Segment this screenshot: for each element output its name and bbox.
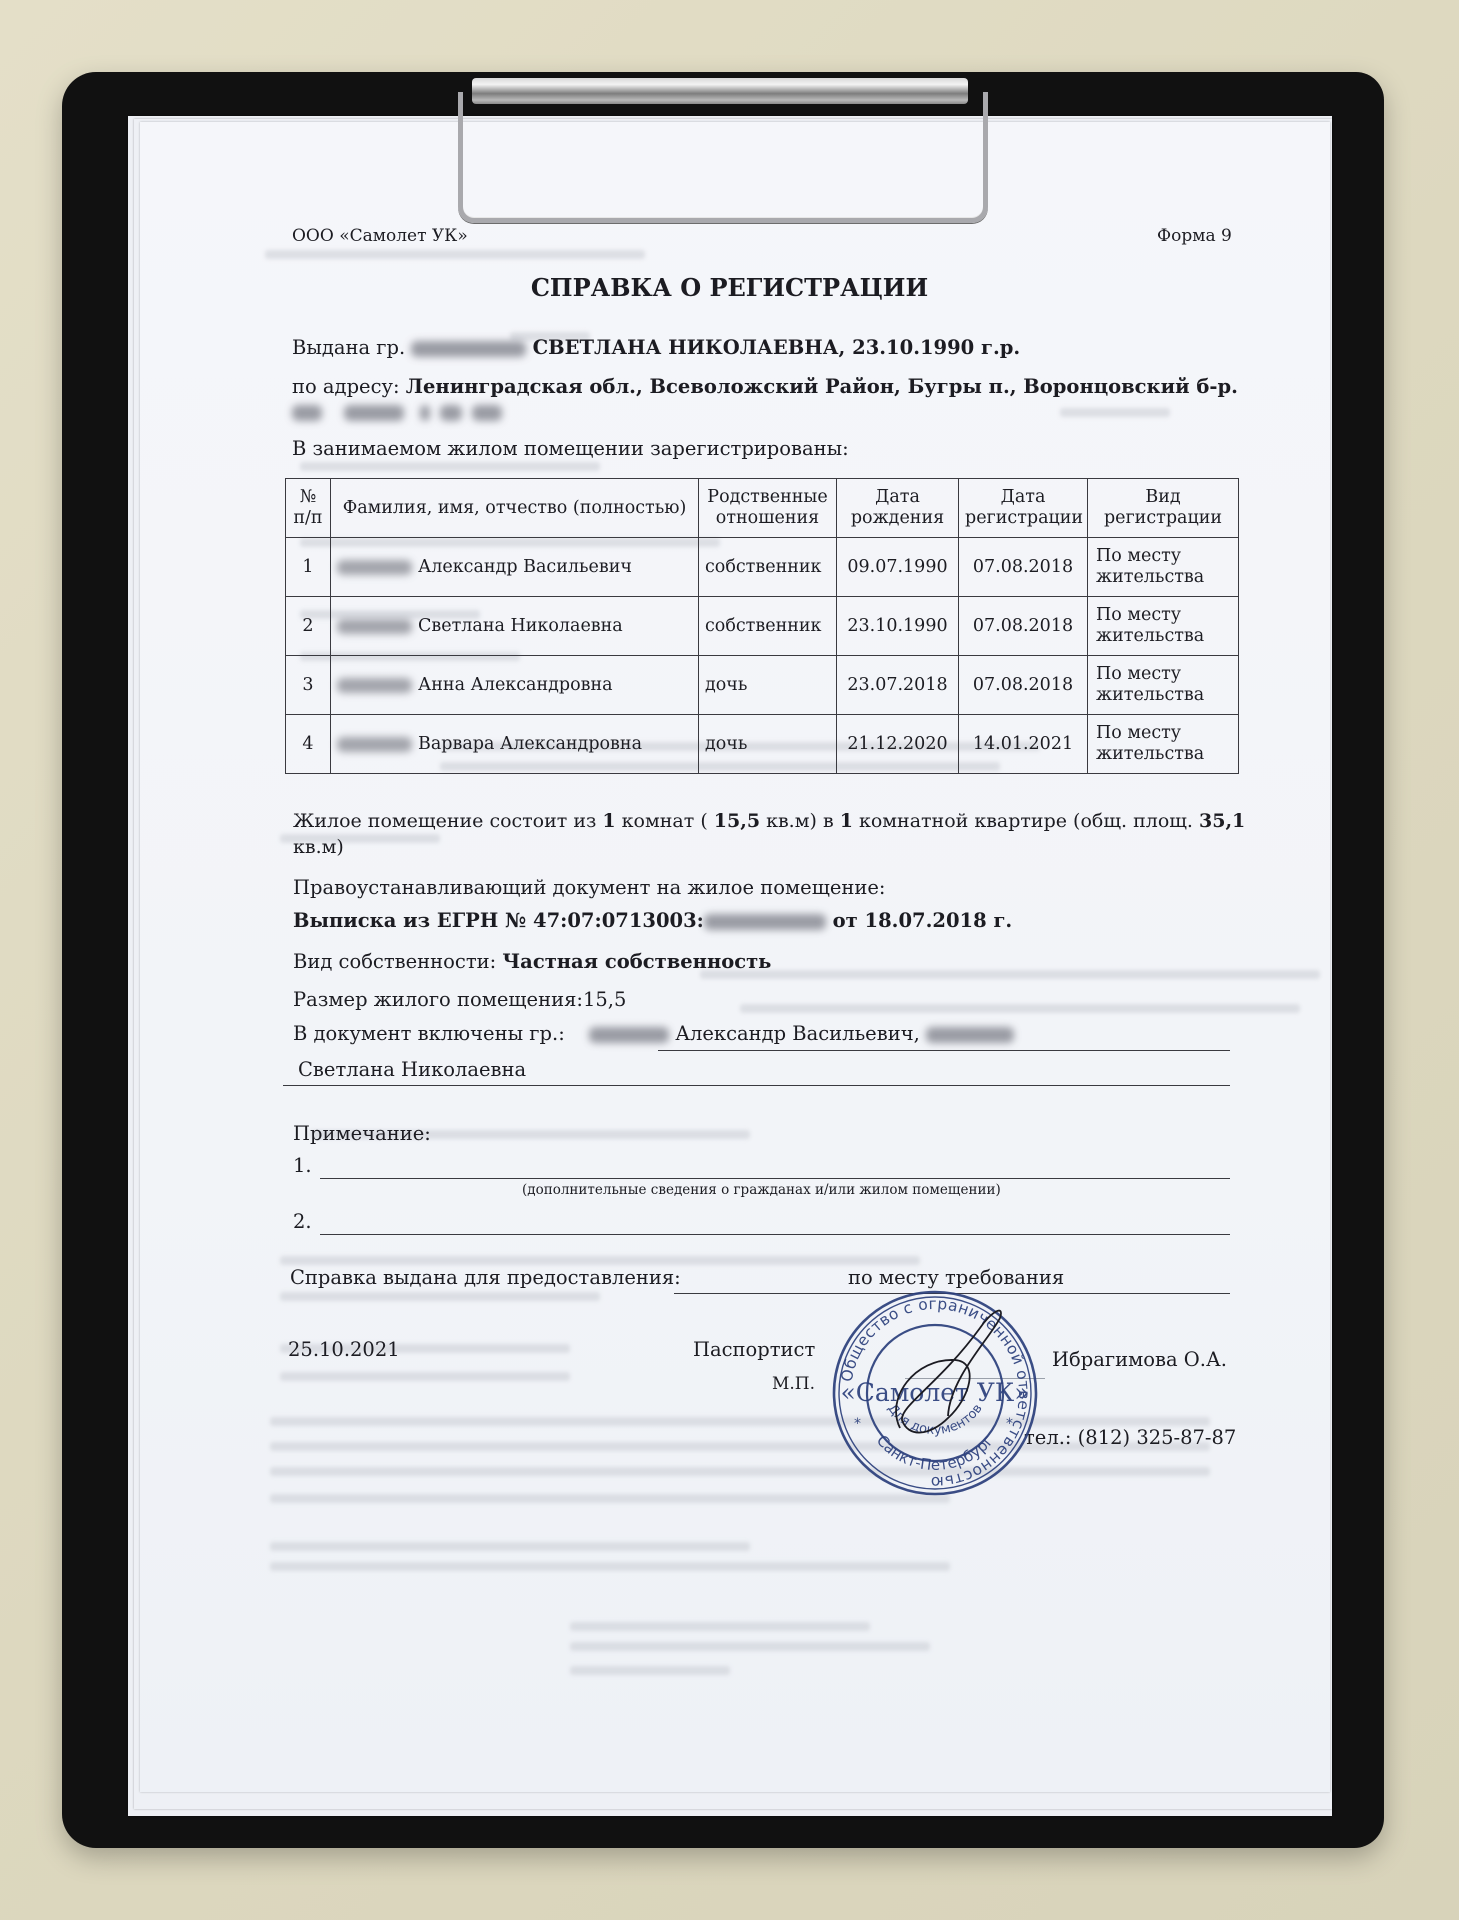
redacted-surname bbox=[411, 341, 526, 357]
address-label: по адресу: bbox=[292, 375, 400, 398]
row-reg-type: По месту жительства bbox=[1088, 656, 1239, 715]
row-birth-date: 09.07.1990 bbox=[837, 538, 959, 597]
redacted-cadastral bbox=[704, 914, 826, 930]
col-header-reg-date: Дата регистрации bbox=[959, 479, 1088, 538]
title-doc-label: Правоустанавливающий документ на жилое п… bbox=[293, 878, 885, 898]
row-reg-date: 14.01.2021 bbox=[959, 715, 1088, 774]
col-header-birth-date: Дата рождения bbox=[837, 479, 959, 538]
row-number: 1 bbox=[286, 538, 331, 597]
row-reg-date: 07.08.2018 bbox=[959, 597, 1088, 656]
clip-wire-loop bbox=[458, 92, 988, 223]
row-birth-date: 21.12.2020 bbox=[837, 715, 959, 774]
total-area: 35,1 bbox=[1199, 810, 1245, 832]
row-relation: дочь bbox=[699, 715, 837, 774]
notes-label: Примечание: bbox=[293, 1124, 431, 1144]
signer-name: Ибрагимова О.А. bbox=[1052, 1350, 1227, 1370]
ownership-label: Вид собственности: bbox=[293, 950, 502, 973]
stamp-center-text: «Самолет УК» bbox=[841, 1378, 1030, 1407]
note-1-number: 1. bbox=[293, 1156, 312, 1176]
redacted-surname bbox=[926, 1027, 1014, 1043]
col-header-reg-type: Вид регистрации bbox=[1088, 479, 1239, 538]
row-number: 3 bbox=[286, 656, 331, 715]
col-header-relation: Родственные отношения bbox=[699, 479, 837, 538]
table-row: 4 Варвара Александровна дочь 21.12.2020 … bbox=[286, 715, 1239, 774]
row-number: 4 bbox=[286, 715, 331, 774]
included-underline-2 bbox=[283, 1085, 1230, 1086]
seal-place-label: М.П. bbox=[772, 1376, 815, 1393]
clip-bar bbox=[472, 78, 968, 104]
table-row: 1 Александр Васильевич собственник 09.07… bbox=[286, 538, 1239, 597]
address-line: по адресу: Ленинградская обл., Всеволожс… bbox=[292, 377, 1238, 397]
ownership-line: Вид собственности: Частная собственность bbox=[293, 952, 771, 972]
phone-number: тел.: (812) 325-87-87 bbox=[1024, 1428, 1236, 1448]
living-size: Размер жилого помещения:15,5 bbox=[293, 990, 626, 1010]
row-name: Светлана Николаевна bbox=[418, 616, 623, 636]
registered-heading: В занимаемом жилом помещении зарегистрир… bbox=[292, 439, 849, 459]
row-birth-date: 23.10.1990 bbox=[837, 597, 959, 656]
table-row: 2 Светлана Николаевна собственник 23.10.… bbox=[286, 597, 1239, 656]
org-name: ООО «Самолет УК» bbox=[292, 228, 468, 245]
premises-unit: кв.м) bbox=[293, 838, 344, 857]
row-fullname: Светлана Николаевна bbox=[331, 597, 699, 656]
row-relation: собственник bbox=[699, 538, 837, 597]
redacted-address bbox=[292, 402, 502, 421]
title-doc-number: Выписка из ЕГРН № 47:07:0713003: bbox=[293, 909, 704, 932]
redacted-surname bbox=[589, 1027, 669, 1043]
row-reg-type: По месту жительства bbox=[1088, 538, 1239, 597]
premises-text: комнатной квартире (общ. площ. bbox=[853, 810, 1199, 832]
row-fullname: Варвара Александровна bbox=[331, 715, 699, 774]
row-fullname: Александр Васильевич bbox=[331, 538, 699, 597]
address-value: Ленинградская обл., Всеволожский Район, … bbox=[406, 375, 1238, 398]
row-reg-date: 07.08.2018 bbox=[959, 656, 1088, 715]
rooms-count: 1 bbox=[602, 810, 615, 832]
row-name: Варвара Александровна bbox=[418, 734, 642, 754]
row-birth-date: 23.07.2018 bbox=[837, 656, 959, 715]
issued-to-line: Выдана гр. СВЕТЛАНА НИКОЛАЕВНА, 23.10.19… bbox=[292, 338, 1020, 358]
row-fullname: Анна Александровна bbox=[331, 656, 699, 715]
note-caption: (дополнительные сведения о гражданах и/и… bbox=[522, 1184, 1001, 1198]
row-name: Александр Васильевич bbox=[418, 557, 632, 577]
ownership-value: Частная собственность bbox=[502, 950, 771, 973]
stamp-star-icon: * bbox=[854, 1416, 861, 1432]
row-relation: собственник bbox=[699, 597, 837, 656]
table-row: 3 Анна Александровна дочь 23.07.2018 07.… bbox=[286, 656, 1239, 715]
row-reg-type: По месту жительства bbox=[1088, 715, 1239, 774]
premises-text: Жилое помещение состоит из bbox=[293, 810, 602, 832]
registered-persons-table: № п/п Фамилия, имя, отчество (полностью)… bbox=[285, 478, 1239, 774]
note-2-line bbox=[320, 1234, 1230, 1235]
col-header-number: № п/п bbox=[286, 479, 331, 538]
col-header-fullname: Фамилия, имя, отчество (полностью) bbox=[331, 479, 699, 538]
row-reg-date: 07.08.2018 bbox=[959, 538, 1088, 597]
row-reg-type: По месту жительства bbox=[1088, 597, 1239, 656]
included-name-1: Александр Васильевич, bbox=[675, 1022, 920, 1045]
row-number: 2 bbox=[286, 597, 331, 656]
living-area: 15,5 bbox=[714, 810, 760, 832]
company-stamp: Общество с ограниченной ответственностью… bbox=[830, 1288, 1040, 1498]
note-1-line bbox=[320, 1178, 1230, 1179]
included-name-2: Светлана Николаевна bbox=[298, 1060, 526, 1080]
premises-text: кв.м) в bbox=[760, 810, 840, 832]
issued-to-name: СВЕТЛАНА НИКОЛАЕВНА, 23.10.1990 г.р. bbox=[533, 336, 1021, 359]
note-2-number: 2. bbox=[293, 1212, 312, 1232]
row-name: Анна Александровна bbox=[418, 675, 613, 695]
row-relation: дочь bbox=[699, 656, 837, 715]
purpose-label: Справка выдана для предоставления: bbox=[290, 1268, 681, 1288]
table-header-row: № п/п Фамилия, имя, отчество (полностью)… bbox=[286, 479, 1239, 538]
issued-to-label: Выдана гр. bbox=[292, 336, 405, 359]
included-label: В документ включены гр.: bbox=[293, 1022, 565, 1045]
title-doc-line: Выписка из ЕГРН № 47:07:0713003: от 18.0… bbox=[293, 911, 1012, 931]
included-underline-1 bbox=[658, 1050, 1230, 1051]
issue-date: 25.10.2021 bbox=[288, 1340, 400, 1360]
document-title: СПРАВКА О РЕГИСТРАЦИИ bbox=[0, 276, 1459, 300]
apartment-rooms: 1 bbox=[840, 810, 853, 832]
signer-role: Паспортист bbox=[693, 1340, 815, 1360]
purpose-value: по месту требования bbox=[848, 1268, 1064, 1288]
stamp-star-icon: * bbox=[1006, 1416, 1013, 1432]
included-line: В документ включены гр.: Александр Васил… bbox=[293, 1024, 1014, 1044]
form-number: Форма 9 bbox=[1157, 228, 1232, 245]
premises-line: Жилое помещение состоит из 1 комнат ( 15… bbox=[293, 812, 1245, 831]
title-doc-date: от 18.07.2018 г. bbox=[833, 909, 1013, 932]
premises-text: комнат ( bbox=[616, 810, 714, 832]
